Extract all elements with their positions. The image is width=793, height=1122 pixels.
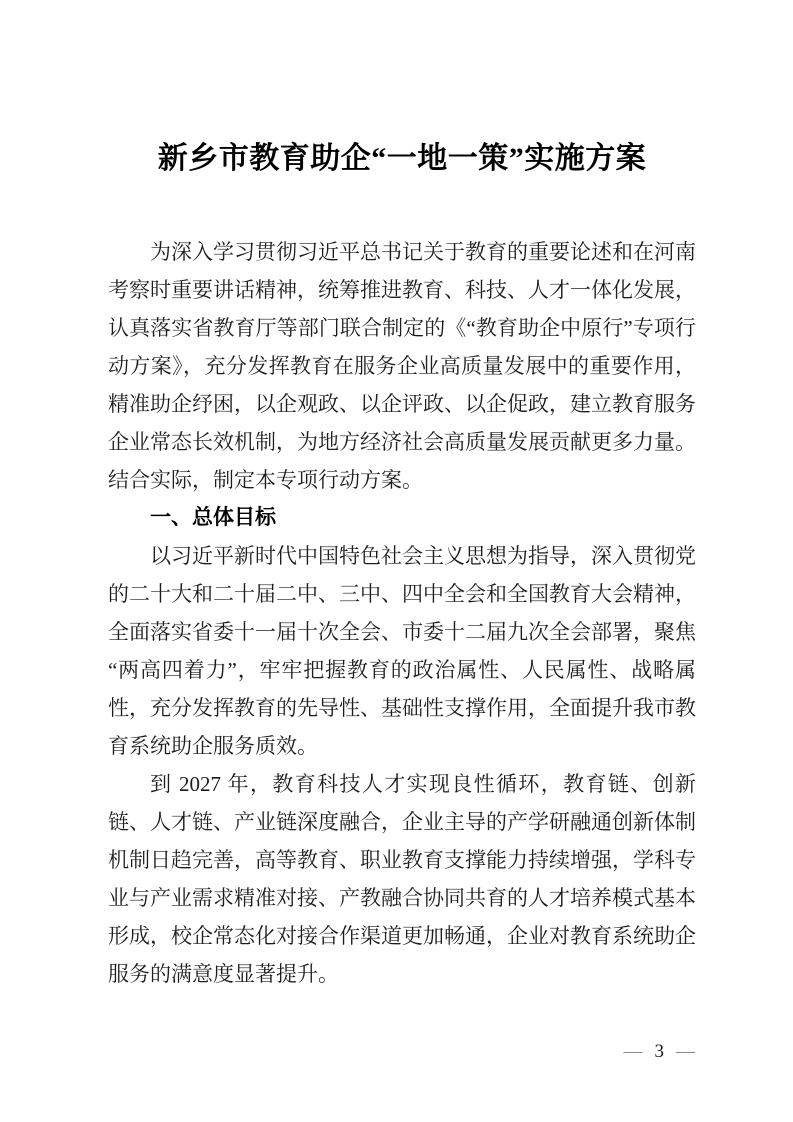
section-paragraph-1: 以习近平新时代中国特色社会主义思想为指导，深入贯彻党的二十大和二十届二中、三中、… [108, 537, 696, 765]
page-number-dash-right: — [676, 1041, 695, 1062]
page-number: —3— [624, 1040, 696, 1064]
intro-paragraph: 为深入学习贯彻习近平总书记关于教育的重要论述和在河南考察时重要讲话精神，统筹推进… [108, 233, 696, 499]
page-title: 新乡市教育助企“一地一策”实施方案 [108, 138, 696, 180]
document-content: 新乡市教育助企“一地一策”实施方案 为深入学习贯彻习近平总书记关于教育的重要论述… [108, 138, 696, 993]
document-page: 新乡市教育助企“一地一策”实施方案 为深入学习贯彻习近平总书记关于教育的重要论述… [0, 0, 793, 1122]
page-number-dash-left: — [624, 1041, 643, 1062]
section-paragraph-2: 到 2027 年，教育科技人才实现良性循环，教育链、创新链、人才链、产业链深度融… [108, 765, 696, 993]
section-heading-overall-goals: 一、总体目标 [108, 499, 696, 537]
page-number-value: 3 [655, 1041, 665, 1062]
